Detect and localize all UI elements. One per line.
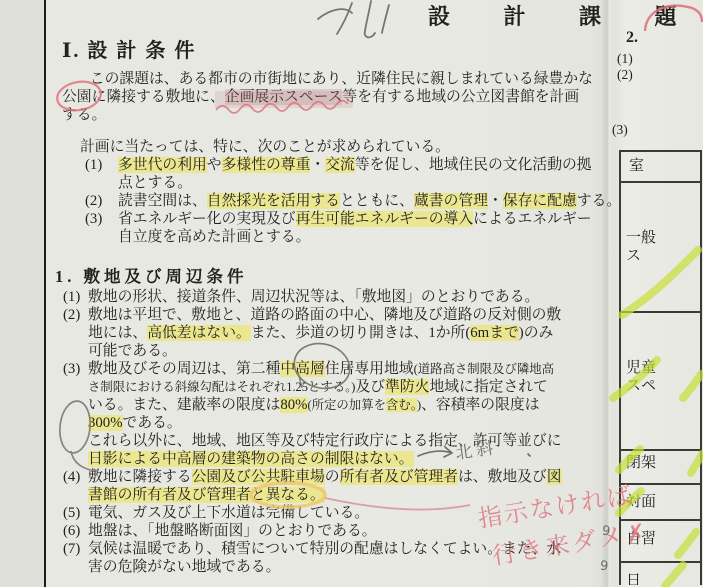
plan-item-2: (2)読書空間は、自然採光を活用するとともに、蔵書の管理・保存に配慮する。 [85, 192, 615, 210]
highlighted-text: 中高層 [280, 361, 324, 377]
text-line: この課題は、ある都市の市街地にあり、近隣住民に親しまれている緑豊かな [62, 70, 615, 88]
table-row: 日 [621, 563, 700, 585]
text-segment: いる。また、建蔽率の限度は [88, 397, 280, 413]
scan-edge-line [44, 0, 46, 587]
text-line: 300%である。 [63, 414, 615, 432]
highlighted-text: 日影による中高層の建築物の高さの制限はない。 [88, 451, 414, 467]
text-segment: 地には、 [88, 325, 147, 341]
site-item-1: (1)敷地の形状、接道条件、周辺状況等は、「敷地図」のとおりである。 [63, 288, 615, 306]
highlighted-text: 企画展示スペース [225, 89, 343, 105]
text-segment: 敷地は平坦で、敷地と、道路の路面の中心、隣地及び道路の反対側の敷 [88, 307, 561, 323]
highlighted-text: 多世代の利用 [118, 157, 207, 173]
highlighted-text: 80% [280, 397, 307, 413]
text-segment: 害の危険がない地域である。 [88, 559, 280, 575]
item-number: (1) [85, 156, 118, 174]
highlighted-text: 多様性の尊重 [222, 157, 311, 173]
site-heading: 1. 敷地及び周辺条件 [55, 266, 615, 288]
text-segment: (所定の加算を [308, 398, 386, 412]
text-line: 日影による中高層の建築物の高さの制限はない。 [63, 450, 615, 468]
highlighted-text: 交流 [325, 157, 355, 173]
text-segment: 地域に指定されて [429, 379, 547, 395]
highlighted-text: 含む。 [386, 398, 417, 412]
text-line: (1)多世代の利用や多様性の尊重・交流等を促し、地域住民の文化活動の拠 [85, 156, 615, 174]
plan-item-3: (3)省エネルギー化の実現及び再生可能エネルギーの導入によるエネルギー自立度を高… [85, 210, 615, 246]
text-segment: 住居専用地域 [325, 361, 414, 377]
text-segment: ・ [310, 157, 325, 173]
section2-number: 2. [626, 29, 638, 47]
text-line: する。 [62, 106, 615, 124]
text-segment: 、容積率の限度は [421, 397, 539, 413]
text-line: (3)省エネルギー化の実現及び再生可能エネルギーの導入によるエネルギー [85, 210, 615, 228]
item-number: (6) [63, 522, 88, 540]
text-line: いる。また、建蔽率の限度は80%(所定の加算を含む。)、容積率の限度は [63, 396, 615, 414]
highlighted-text: 図 [547, 469, 562, 485]
text-line: (2)敷地は平坦で、敷地と、道路の路面の中心、隣地及び道路の反対側の敷 [63, 306, 615, 324]
text-segment: (道路高さ制限及び隣地高 [414, 362, 554, 376]
text-segment: 点とする。 [118, 175, 192, 191]
text-segment: である。 [123, 415, 182, 431]
text-segment: 敷地に隣接する [88, 469, 192, 485]
text-segment: 自立度を高めた計画とする。 [118, 229, 310, 245]
text-line: 点とする。 [85, 174, 615, 192]
text-line: 自立度を高めた計画とする。 [85, 228, 615, 246]
text-segment: 敷地の形状、接道条件、周辺状況等は、「敷地図」のとおりである。 [88, 289, 539, 305]
highlighted-text: 6mまで [470, 325, 519, 341]
highlighted-text: 準防火 [385, 379, 429, 395]
text-segment: この課題は、ある都市の市街地にあり、近隣住民に親しまれている緑豊かな [75, 71, 593, 87]
text-segment: 計画に当たっては、特に、次のことが求められている。 [80, 139, 450, 155]
highlighted-text: 保存に配慮 [503, 193, 577, 209]
site-item-2: (2)敷地は平坦で、敷地と、道路の路面の中心、隣地及び道路の反対側の敷地には、高… [63, 306, 615, 360]
text-line: (1)敷地の形状、接道条件、周辺状況等は、「敷地図」のとおりである。 [63, 288, 615, 306]
item-number: (3) [85, 210, 118, 228]
highlighted-text: 所有者及び管理者 [340, 469, 458, 485]
text-segment: さ制限における斜線勾配はそれぞれ1.25とする。) [88, 380, 355, 394]
highlighted-text: 書館の所有者及び管理者と異なる。 [88, 487, 325, 503]
table-cell-text: 日 [626, 572, 700, 585]
text-segment: 地盤は、「地盤略断面図」のとおりである。 [88, 523, 377, 539]
section2-item-2-label: (2) [617, 67, 633, 83]
text-segment: また、歩道の切り開きは、1か所( [251, 325, 470, 341]
text-segment: 省エネルギー化の実現及び [118, 211, 296, 227]
table-cell-text: 対面 [626, 493, 700, 511]
table-cell-text: スペ [626, 377, 700, 395]
item-number: (3) [63, 360, 88, 378]
text-line: これら以外に、地域、地区等及び特定行政庁による指定、許可等並びに [63, 432, 615, 450]
text-segment: とともに、 [340, 193, 414, 209]
pencil-number-mark-1: 9 [601, 524, 611, 540]
highlighted-text: 再生可能エネルギーの導入 [296, 211, 474, 227]
text-line: 計画に当たっては、特に、次のことが求められている。 [80, 138, 615, 156]
section2-item-1-label: (1) [617, 51, 633, 67]
text-segment: によるエネルギー [473, 211, 591, 227]
table-row: 児童スペ [621, 313, 700, 451]
item-number: (2) [85, 192, 118, 210]
item-number: (5) [63, 504, 88, 522]
highlighted-text: 蔵書の管理 [414, 193, 488, 209]
section2-item-3-label: (3) [612, 122, 628, 138]
text-segment: 読書空間は、 [118, 193, 207, 209]
text-line: 可能である。 [63, 342, 615, 360]
table-header-room: 室 [621, 152, 700, 183]
table-cell-text: 一般 [626, 229, 700, 247]
scan-margin [0, 0, 44, 587]
text-line: (3)敷地及びその周辺は、第二種中高層住居専用地域(道路高さ制限及び隣地高 [63, 360, 615, 378]
plan-lead: 計画に当たっては、特に、次のことが求められている。 [80, 138, 615, 156]
table-cell-text: 児童 [626, 359, 700, 377]
text-segment: 電気、ガス及び上下水道は完備している。 [88, 505, 369, 521]
item-number: (4) [63, 468, 88, 486]
intro-paragraph: この課題は、ある都市の市街地にあり、近隣住民に親しまれている緑豊かな公園に隣接す… [62, 70, 615, 124]
text-segment: 可能である。 [88, 343, 177, 359]
item-number: (2) [63, 306, 88, 324]
item-number: (1) [63, 288, 88, 306]
plan-item-1: (1)多世代の利用や多様性の尊重・交流等を促し、地域住民の文化活動の拠点とする。 [85, 156, 615, 192]
text-segment: 等を有する地域の公立図書館を計画 [342, 89, 579, 105]
text-line: 地には、高低差はない。また、歩道の切り開きは、1か所(6mまで)のみ [63, 324, 615, 342]
table-cell-text: 閉架 [626, 454, 700, 472]
text-line: (4)敷地に隣接する公園及び公共駐車場の所有者及び管理者は、敷地及び図 [63, 468, 615, 486]
text-segment: の [325, 469, 340, 485]
text-line: (2)読書空間は、自然採光を活用するとともに、蔵書の管理・保存に配慮する。 [85, 192, 615, 210]
text-segment: 及び [355, 379, 385, 395]
text-segment: 等を促し、地域住民の文化活動の拠 [355, 157, 592, 173]
table-cell-text: ス [626, 247, 700, 265]
text-segment: )のみ [519, 325, 554, 341]
text-segment: や [207, 157, 222, 173]
text-line: さ制限における斜線勾配はそれぞれ1.25とする。)及び準防火地域に指定されて [63, 378, 615, 396]
text-segment: 公園に隣接する敷地に、 [62, 89, 225, 105]
document-title: 設 計 課 題 [428, 0, 701, 31]
text-segment: する。 [577, 193, 621, 209]
table-row: 一般ス [621, 183, 700, 313]
highlighted-text: 高低差はない。 [147, 325, 251, 341]
text-segment: する。 [62, 107, 106, 123]
pencil-number-mark-2: 9 [599, 559, 609, 575]
highlighted-text: 公園及び公共駐車場 [192, 469, 325, 485]
section1-heading: Ⅰ. 設 計 条 件 [62, 34, 196, 63]
item-number: (7) [63, 540, 88, 558]
site-item-3: (3)敷地及びその周辺は、第二種中高層住居専用地域(道路高さ制限及び隣地高さ制限… [63, 360, 615, 468]
text-segment: 敷地及びその周辺は、第二種 [88, 361, 280, 377]
text-line: 公園に隣接する敷地に、企画展示スペース等を有する地域の公立図書館を計画 [62, 88, 615, 106]
text-segment: は、敷地及び [458, 469, 547, 485]
highlighted-text: 300% [88, 415, 123, 431]
table-row: 閉架 [621, 451, 700, 485]
highlighted-text: 自然採光を活用する [207, 193, 340, 209]
text-segment: ・ [488, 193, 503, 209]
